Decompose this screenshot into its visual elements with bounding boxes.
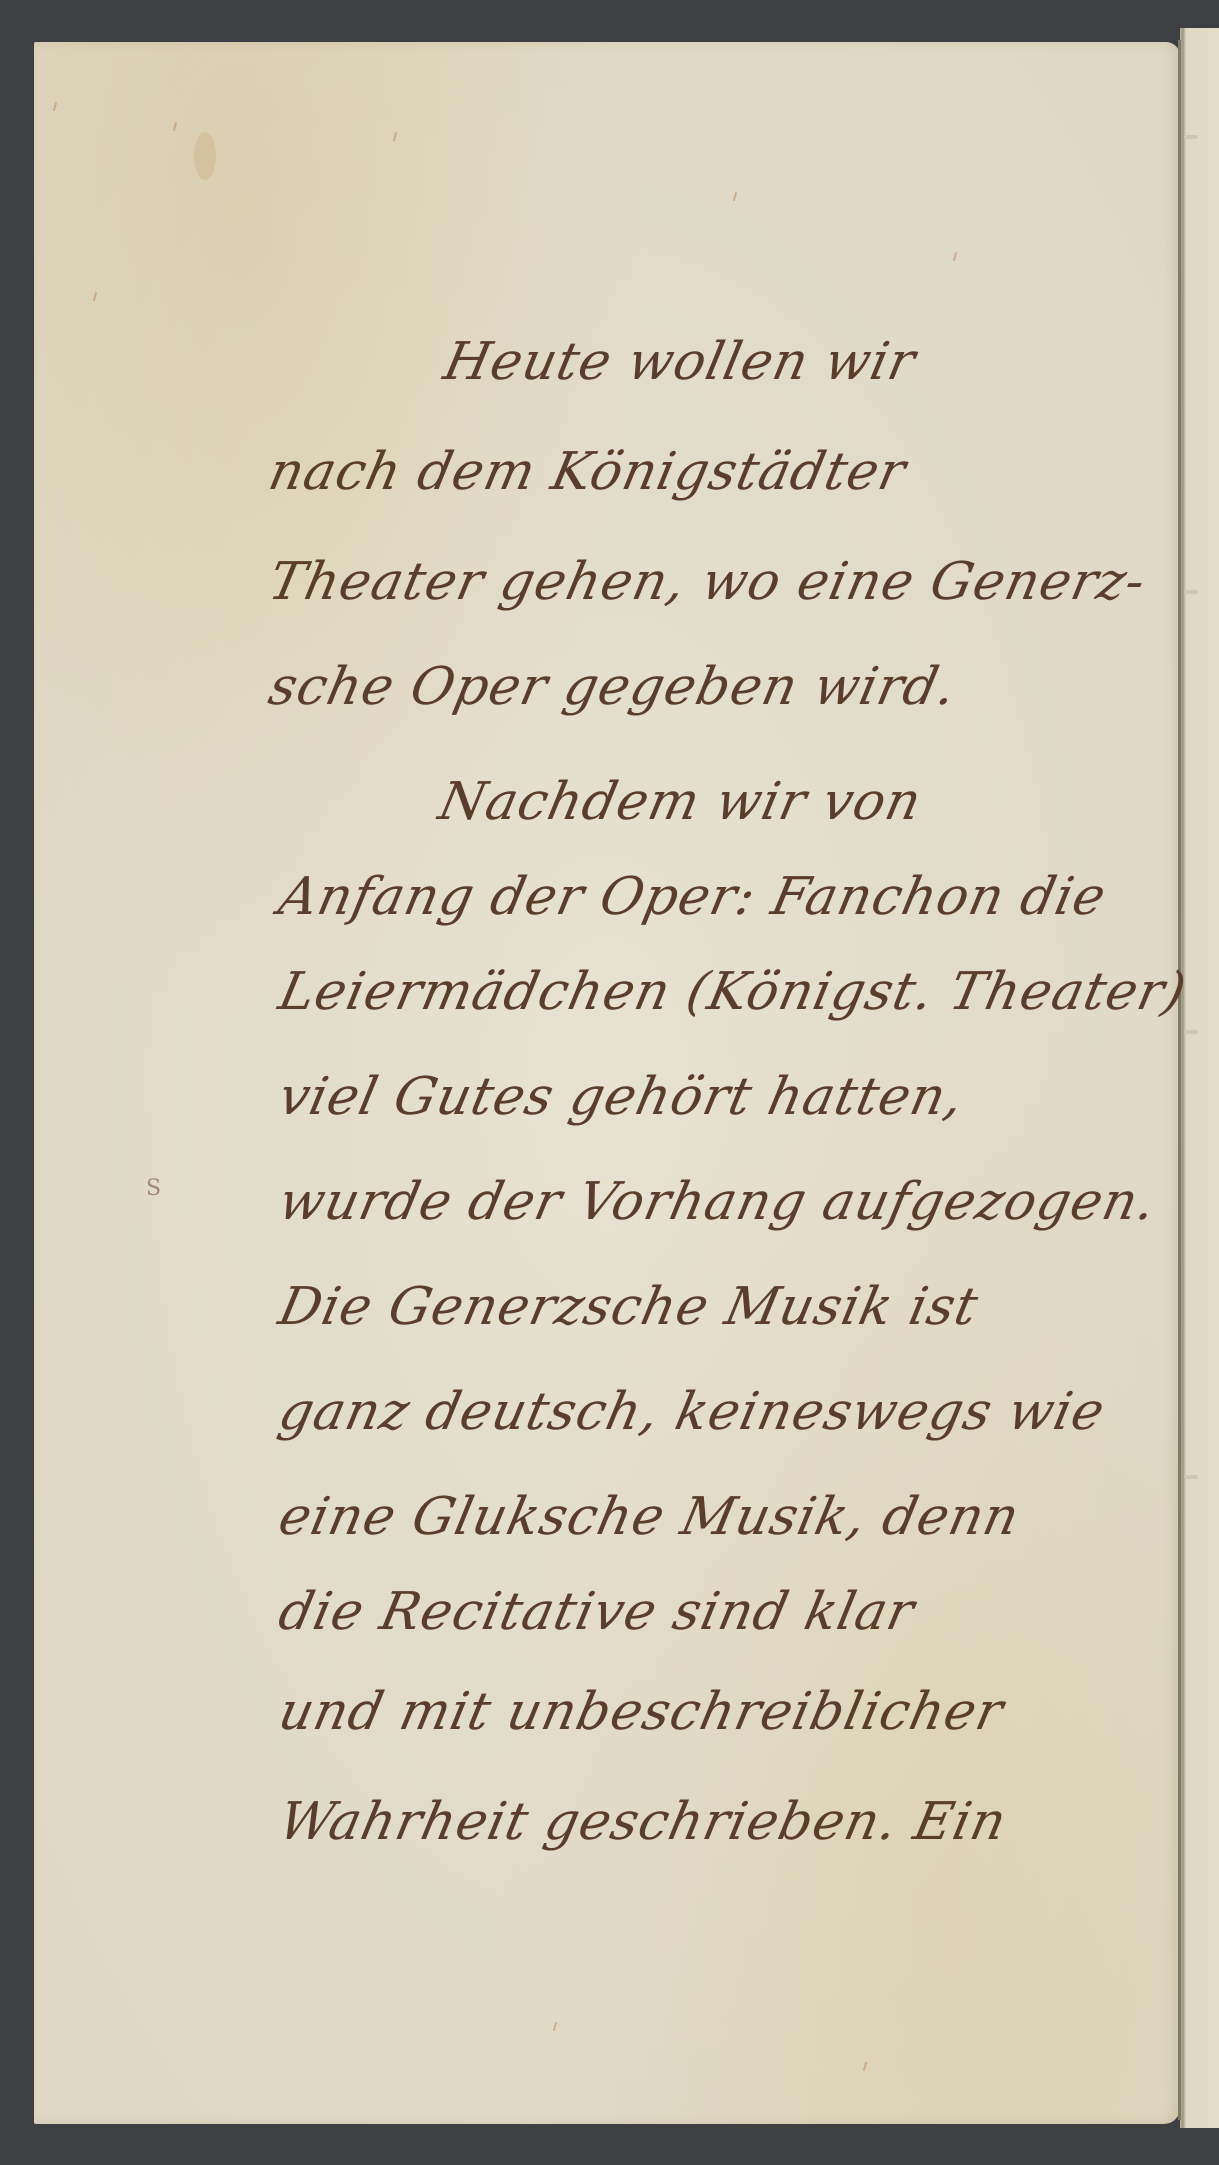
handwritten-line: ganz deutsch, keineswegs wie xyxy=(274,1382,1111,1442)
paper-fleck xyxy=(953,252,957,261)
binding-stitch xyxy=(1184,1030,1198,1034)
handwritten-line: Heute wollen wir xyxy=(439,332,921,392)
margin-mark: S xyxy=(146,1176,161,1201)
handwritten-line: viel Gutes gehört hatten, xyxy=(274,1067,970,1127)
handwritten-line: und mit unbeschreiblicher xyxy=(274,1682,1009,1742)
binding-stitch xyxy=(1184,590,1198,594)
handwritten-line: nach dem Königstädter xyxy=(264,442,912,502)
handwritten-line: Nachdem wir von xyxy=(434,772,927,832)
handwritten-line: wurde der Vorhang aufgezogen. xyxy=(274,1172,1162,1232)
paper-fleck xyxy=(863,2062,867,2071)
adjacent-page-edge xyxy=(1180,28,1219,2128)
binding-stitch xyxy=(1184,1475,1198,1479)
paper-fleck xyxy=(553,2022,557,2031)
paper-fleck xyxy=(393,132,397,141)
paper-stain xyxy=(194,132,216,180)
handwritten-line: Leiermädchen (Königst. Theater) xyxy=(274,962,1192,1022)
handwritten-line: Wahrheit geschrieben. Ein xyxy=(274,1792,1013,1852)
binding-gutter xyxy=(1178,40,1181,2120)
paper-fleck xyxy=(53,102,57,111)
handwritten-line: Theater gehen, wo eine Generz- xyxy=(264,552,1152,612)
handwritten-line: die Recitative sind klar xyxy=(274,1582,920,1642)
handwritten-line: sche Oper gegeben wird. xyxy=(264,657,962,717)
handwritten-line: eine Gluksche Musik, denn xyxy=(274,1487,1025,1547)
handwritten-line: Die Generzsche Musik ist xyxy=(274,1277,984,1337)
paper-fleck xyxy=(173,122,177,131)
paper-fleck xyxy=(93,292,97,301)
paper-fleck xyxy=(733,192,737,201)
handwritten-line: Anfang der Oper: Fanchon die xyxy=(274,867,1112,927)
binding-stitch xyxy=(1184,135,1198,139)
